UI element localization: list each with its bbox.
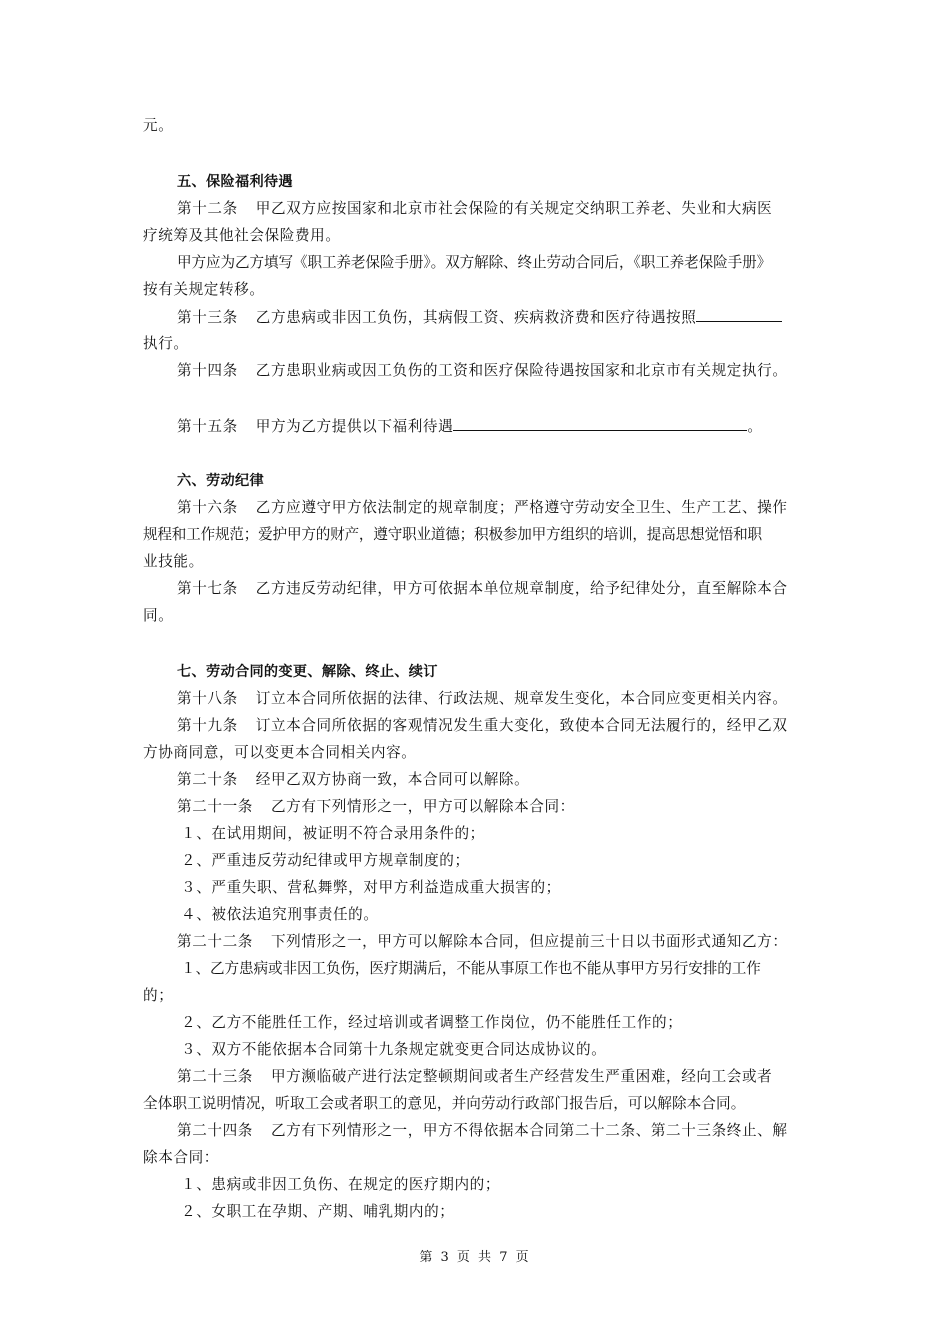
article-text: 乙方有下列情形之一，甲方可以解除本合同：: [271, 798, 575, 815]
article-20: 第二十条经甲乙双方协商一致，本合同可以解除。: [177, 770, 529, 790]
article-text: 经甲乙双方协商一致，本合同可以解除。: [256, 771, 530, 788]
article-12: 第十二条甲乙双方应按国家和北京市社会保险的有关规定交纳职工养老、失业和大病医: [177, 199, 772, 219]
article-24: 第二十四条乙方有下列情形之一，甲方不得依据本合同第二十二条、第二十三条终止、解: [177, 1121, 788, 1141]
text-line: 元。: [143, 116, 173, 136]
article-number: 第十二条: [177, 200, 238, 217]
text-line: 执行。: [143, 334, 189, 354]
article-19: 第十九条订立本合同所依据的客观情况发生重大变化，致使本合同无法履行的，经甲乙双: [177, 716, 788, 736]
section-heading-5: 五、保险福利待遇: [177, 172, 293, 192]
fill-in-blank[interactable]: [696, 307, 782, 322]
text-line: 业技能。: [143, 552, 204, 572]
article-text: 乙方患病或非因工负伤，其病假工资、疾病救济费和医疗待遇按照: [256, 309, 697, 326]
article-number: 第二十二条: [177, 933, 253, 950]
article-text: 乙方有下列情形之一，甲方不得依据本合同第二十二条、第二十三条终止、解: [271, 1122, 788, 1139]
list-item: ４、被依法追究刑事责任的。: [181, 905, 379, 925]
article-21: 第二十一条乙方有下列情形之一，甲方可以解除本合同：: [177, 797, 575, 817]
article-text: 甲方为乙方提供以下福利待遇: [256, 418, 454, 435]
article-16: 第十六条乙方应遵守甲方依法制定的规章制度；严格遵守劳动安全卫生、生产工艺、操作: [177, 498, 788, 518]
article-23: 第二十三条甲方濒临破产进行法定整顿期间或者生产经营发生严重困难，经向工会或者: [177, 1067, 772, 1087]
text-line: 全体职工说明情况，听取工会或者职工的意见，并向劳动行政部门报告后，可以解除本合同…: [143, 1094, 745, 1114]
list-item: ３、严重失职、营私舞弊，对甲方利益造成重大损害的；: [181, 878, 561, 898]
section-heading-6: 六、劳动纪律: [177, 471, 264, 491]
article-number: 第二十一条: [177, 798, 253, 815]
text-line: 方协商同意，可以变更本合同相关内容。: [143, 743, 417, 763]
article-number: 第十三条: [177, 309, 238, 326]
fill-in-blank[interactable]: [453, 416, 747, 431]
article-number: 第十八条: [177, 690, 238, 707]
article-number: 第二十四条: [177, 1122, 253, 1139]
article-text: 乙方违反劳动纪律，甲方可依据本单位规章制度，给予纪律处分，直至解除本合: [256, 580, 788, 597]
article-text: 甲乙双方应按国家和北京市社会保险的有关规定交纳职工养老、失业和大病医: [256, 200, 773, 217]
text-line: 甲方应为乙方填写《职工养老保险手册》。双方解除、终止劳动合同后，《职工养老保险手…: [177, 253, 771, 273]
list-item: ２、女职工在孕期、产期、哺乳期内的；: [181, 1202, 455, 1222]
article-18: 第十八条订立本合同所依据的法律、行政法规、规章发生变化，本合同应变更相关内容。: [177, 689, 788, 709]
article-number: 第十五条: [177, 418, 238, 435]
article-15: 第十五条甲方为乙方提供以下福利待遇。: [177, 416, 763, 437]
list-item: １、乙方患病或非因工负伤，医疗期满后，不能从事原工作也不能从事甲方另行安排的工作: [181, 959, 761, 979]
article-17: 第十七条乙方违反劳动纪律，甲方可依据本单位规章制度，给予纪律处分，直至解除本合: [177, 579, 788, 599]
article-text: 甲方濒临破产进行法定整顿期间或者生产经营发生严重困难，经向工会或者: [271, 1068, 772, 1085]
article-number: 第十七条: [177, 580, 238, 597]
article-text: 乙方应遵守甲方依法制定的规章制度；严格遵守劳动安全卫生、生产工艺、操作: [256, 499, 788, 516]
page-footer: 第 3 页 共 7 页: [0, 1246, 950, 1265]
article-number: 第十九条: [177, 717, 238, 734]
list-item: ３、双方不能依据本合同第十九条规定就变更合同达成协议的。: [181, 1040, 606, 1060]
text-line: 除本合同：: [143, 1148, 219, 1168]
list-item: １、在试用期间，被证明不符合录用条件的；: [181, 824, 485, 844]
article-text: 订立本合同所依据的法律、行政法规、规章发生变化，本合同应变更相关内容。: [256, 690, 788, 707]
text-line: 规程和工作规范；爱护甲方的财产，遵守职业道德；积极参加甲方组织的培训，提高思想觉…: [143, 525, 762, 545]
article-22: 第二十二条下列情形之一，甲方可以解除本合同，但应提前三十日以书面形式通知乙方：: [177, 932, 788, 952]
punctuation: 。: [747, 418, 762, 435]
section-heading-7: 七、劳动合同的变更、解除、终止、续订: [177, 662, 438, 682]
article-number: 第十四条: [177, 362, 238, 379]
text-line: 的；: [143, 986, 173, 1006]
article-text: 下列情形之一，甲方可以解除本合同，但应提前三十日以书面形式通知乙方：: [271, 933, 788, 950]
list-item: １、患病或非因工负伤、在规定的医疗期内的；: [181, 1175, 500, 1195]
list-item: ２、乙方不能胜任工作，经过培训或者调整工作岗位，仍不能胜任工作的；: [181, 1013, 682, 1033]
article-text: 订立本合同所依据的客观情况发生重大变化，致使本合同无法履行的，经甲乙双: [256, 717, 788, 734]
text-line: 同。: [143, 606, 173, 626]
article-text: 乙方患职业病或因工负伤的工资和医疗保险待遇按国家和北京市有关规定执行。: [256, 362, 788, 379]
article-number: 第二十条: [177, 771, 238, 788]
article-14: 第十四条乙方患职业病或因工负伤的工资和医疗保险待遇按国家和北京市有关规定执行。: [177, 361, 788, 381]
article-number: 第十六条: [177, 499, 238, 516]
article-number: 第二十三条: [177, 1068, 253, 1085]
list-item: ２、严重违反劳动纪律或甲方规章制度的；: [181, 851, 470, 871]
text-line: 按有关规定转移。: [143, 280, 265, 300]
text-line: 疗统筹及其他社会保险费用。: [143, 226, 341, 246]
article-13: 第十三条乙方患病或非因工负伤，其病假工资、疾病救济费和医疗待遇按照: [177, 307, 782, 328]
